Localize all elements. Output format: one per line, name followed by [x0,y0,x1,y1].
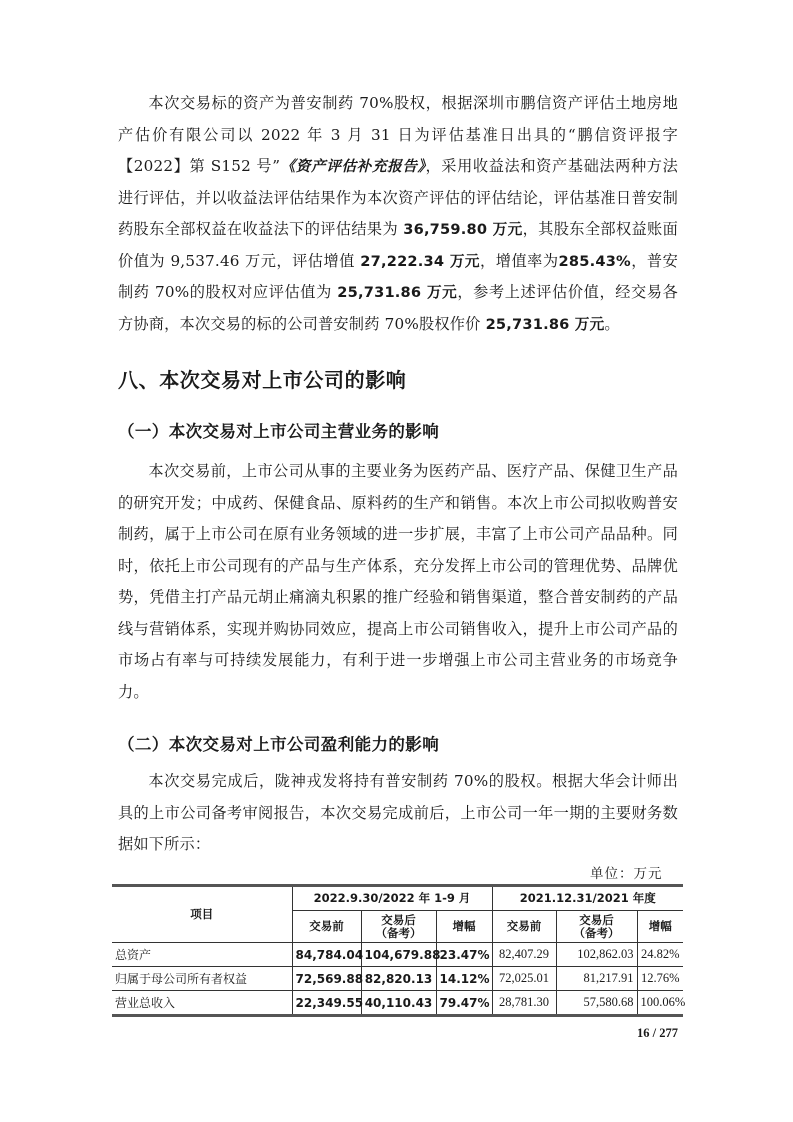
subheader-after-pro-forma: 交易后（备考） [556,911,637,943]
cell-value: 84,784.04 [292,943,361,967]
cell-value: 82,820.13 [361,967,436,991]
equity-value-bold: 25,731.86 万元 [337,284,457,301]
paragraph-valuation: 本次交易标的资产为普安制药 70%股权，根据深圳市鹏信资产评估土地房地产估价有限… [118,88,678,340]
subheader-change: 增幅 [637,911,683,943]
cell-value: 82,407.29 [492,943,556,967]
subheader-after-pro-forma: 交易后（备考） [361,911,436,943]
cell-value: 72,569.88 [292,967,361,991]
cell-value: 40,110.43 [361,991,436,1016]
row-label-parent-equity: 归属于母公司所有者权益 [112,967,292,991]
section-heading-impact: 八、本次交易对上市公司的影响 [118,364,406,393]
cell-value: 57,580.68 [556,991,637,1016]
cell-value: 102,862.03 [556,943,637,967]
cell-value: 28,781.30 [492,991,556,1016]
header-period-2021: 2021.12.31/2021 年度 [492,886,683,911]
cell-value: 24.82% [637,943,683,967]
cell-value: 14.12% [436,967,492,991]
subheader-before: 交易前 [292,911,361,943]
subheader-before: 交易前 [492,911,556,943]
cell-value: 72,025.01 [492,967,556,991]
table-unit-label: 单位：万元 [590,862,663,882]
paragraph-main-business: 本次交易前，上市公司从事的主要业务为医药产品、医疗产品、保健卫生产品的研究开发；… [118,456,678,708]
valuation-increase-bold: 27,222.34 万元 [360,253,480,270]
subheading-main-business: （一）本次交易对上市公司主营业务的影响 [118,418,439,442]
cell-value: 104,679.88 [361,943,436,967]
subheading-profitability: （二）本次交易对上市公司盈利能力的影响 [118,731,439,755]
cell-value: 22,349.55 [292,991,361,1016]
row-label-total-revenue: 营业总收入 [112,991,292,1016]
cell-value: 12.76% [637,967,683,991]
transaction-price-bold: 25,731.86 万元 [486,316,605,333]
text-segment: 。 [604,315,619,333]
cell-value: 81,217.91 [556,967,637,991]
cell-value: 23.47% [436,943,492,967]
page-number: 16 / 277 [637,1026,678,1041]
document-page: 本次交易标的资产为普安制药 70%股权，根据深圳市鹏信资产评估土地房地产估价有限… [0,0,793,1122]
header-item: 项目 [112,886,292,943]
valuation-result-bold: 36,759.80 万元 [403,221,522,238]
subheader-change: 增幅 [436,911,492,943]
paragraph-financial-intro: 本次交易完成后，陇神戎发将持有普安制药 70%的股权。根据大华会计师出具的上市公… [118,766,678,861]
table-row: 总资产 84,784.04 104,679.88 23.47% 82,407.2… [112,943,683,967]
table-row: 归属于母公司所有者权益 72,569.88 82,820.13 14.12% 7… [112,967,683,991]
cell-value: 79.47% [436,991,492,1016]
financial-data-table: 项目 2022.9.30/2022 年 1-9 月 2021.12.31/202… [112,884,683,1017]
text-segment: ，增值率为 [480,252,559,270]
increase-rate-bold: 285.43% [559,253,631,270]
table-row: 营业总收入 22,349.55 40,110.43 79.47% 28,781.… [112,991,683,1016]
header-period-2022: 2022.9.30/2022 年 1-9 月 [292,886,492,911]
report-title-bold: 《资产评估补充报告》 [280,158,425,175]
row-label-total-assets: 总资产 [112,943,292,967]
cell-value: 100.06% [637,991,683,1016]
